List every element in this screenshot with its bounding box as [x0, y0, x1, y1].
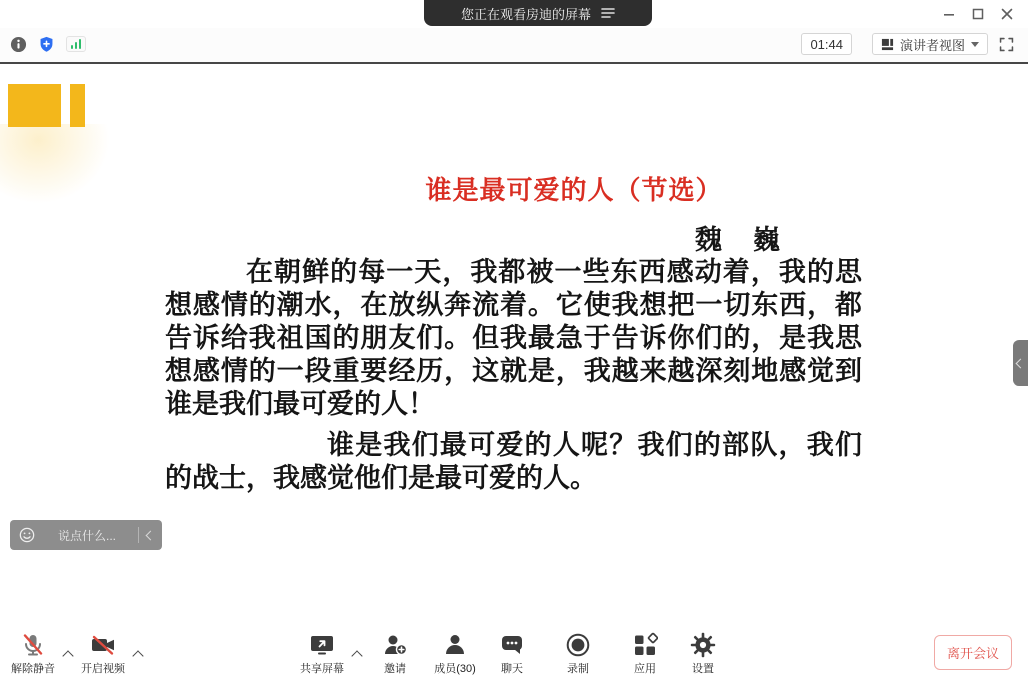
menu-icon[interactable] [601, 7, 615, 19]
meeting-status-icons [10, 28, 86, 60]
settings-button[interactable]: 设置 [671, 632, 735, 676]
yellow-logo-block [8, 84, 61, 127]
emoji-smiley-icon[interactable] [18, 526, 36, 544]
chevron-down-icon [971, 42, 979, 47]
network-signal-icon[interactable] [66, 36, 86, 52]
chevron-left-icon [1016, 358, 1026, 368]
members-person-icon [442, 632, 468, 658]
unmute-label: 解除静音 [11, 660, 55, 676]
document-body: 在朝鲜的每一天，我都被一些东西感动着，我的思想感情的潮水，在放纵奔流着。它使我想… [165, 256, 862, 495]
share-screen-icon [309, 632, 335, 658]
chat-input-pill[interactable]: 说点什么... [10, 520, 162, 550]
start-video-button[interactable]: 开启视频 [71, 632, 135, 676]
timer-value: 01:44 [810, 37, 843, 52]
close-icon[interactable] [996, 3, 1018, 25]
meeting-timer: 01:44 [801, 33, 852, 55]
yellow-logo-bar [70, 84, 85, 127]
chat-collapse-icon[interactable] [146, 530, 156, 540]
window-controls [938, 0, 1018, 28]
titlebar: 您正在观看房迪的屏幕 [0, 0, 1028, 28]
screen-share-banner: 您正在观看房迪的屏幕 [424, 0, 652, 26]
meeting-topbar: 01:44 演讲者视图 [0, 28, 1028, 64]
share-screen-button[interactable]: 共享屏幕 [290, 632, 354, 676]
layout-view-icon [881, 38, 894, 51]
chat-input-placeholder[interactable]: 说点什么... [44, 527, 130, 544]
apps-button[interactable]: 应用 [613, 632, 677, 676]
document-paragraph: 谁是我们最可爱的人呢？我们的部队，我们的战士，我感觉他们是最可爱的人。 [165, 429, 862, 495]
invite-button[interactable]: 邀请 [363, 632, 427, 676]
apps-grid-icon [632, 632, 658, 658]
share-screen-label: 共享屏幕 [300, 660, 344, 676]
maximize-icon[interactable] [967, 3, 989, 25]
chat-bubble-icon [499, 632, 525, 658]
invite-person-icon [382, 632, 408, 658]
fullscreen-icon[interactable] [996, 34, 1016, 54]
document-paragraph: 在朝鲜的每一天，我都被一些东西感动着，我的思想感情的潮水，在放纵奔流着。它使我想… [165, 256, 862, 421]
record-label: 录制 [567, 660, 589, 676]
camera-off-icon [90, 632, 116, 658]
minimize-icon[interactable] [938, 3, 960, 25]
bottom-toolbar: 解除静音 开启视频 共享屏幕 邀请 成员(30) [0, 628, 1028, 682]
settings-label: 设置 [692, 660, 714, 676]
shared-screen: 谁是最可爱的人（节选） 魏 巍 在朝鲜的每一天，我都被一些东西感动着，我的思想感… [0, 64, 1028, 628]
info-icon[interactable] [10, 36, 27, 53]
panel-expand-tab[interactable] [1013, 340, 1028, 386]
invite-label: 邀请 [384, 660, 406, 676]
view-mode-label: 演讲者视图 [900, 35, 965, 54]
record-button[interactable]: 录制 [546, 632, 610, 676]
unmute-button[interactable]: 解除静音 [1, 632, 65, 676]
document-title: 谁是最可爱的人（节选） [60, 170, 1028, 207]
view-mode-button[interactable]: 演讲者视图 [872, 33, 988, 55]
chat-label: 聊天 [501, 660, 523, 676]
banner-text: 您正在观看房迪的屏幕 [461, 4, 591, 23]
chat-divider [138, 527, 139, 543]
document-author: 魏 巍 [695, 218, 782, 257]
record-icon [565, 632, 591, 658]
gear-icon [690, 632, 716, 658]
members-button[interactable]: 成员(30) [423, 632, 487, 676]
start-video-label: 开启视频 [81, 660, 125, 676]
chat-button[interactable]: 聊天 [480, 632, 544, 676]
members-label: 成员(30) [434, 660, 476, 676]
leave-meeting-button[interactable]: 离开会议 [934, 635, 1012, 670]
encryption-shield-icon[interactable] [38, 36, 55, 53]
meeting-window: 您正在观看房迪的屏幕 [0, 0, 1028, 682]
microphone-muted-icon [20, 632, 46, 658]
apps-label: 应用 [634, 660, 656, 676]
